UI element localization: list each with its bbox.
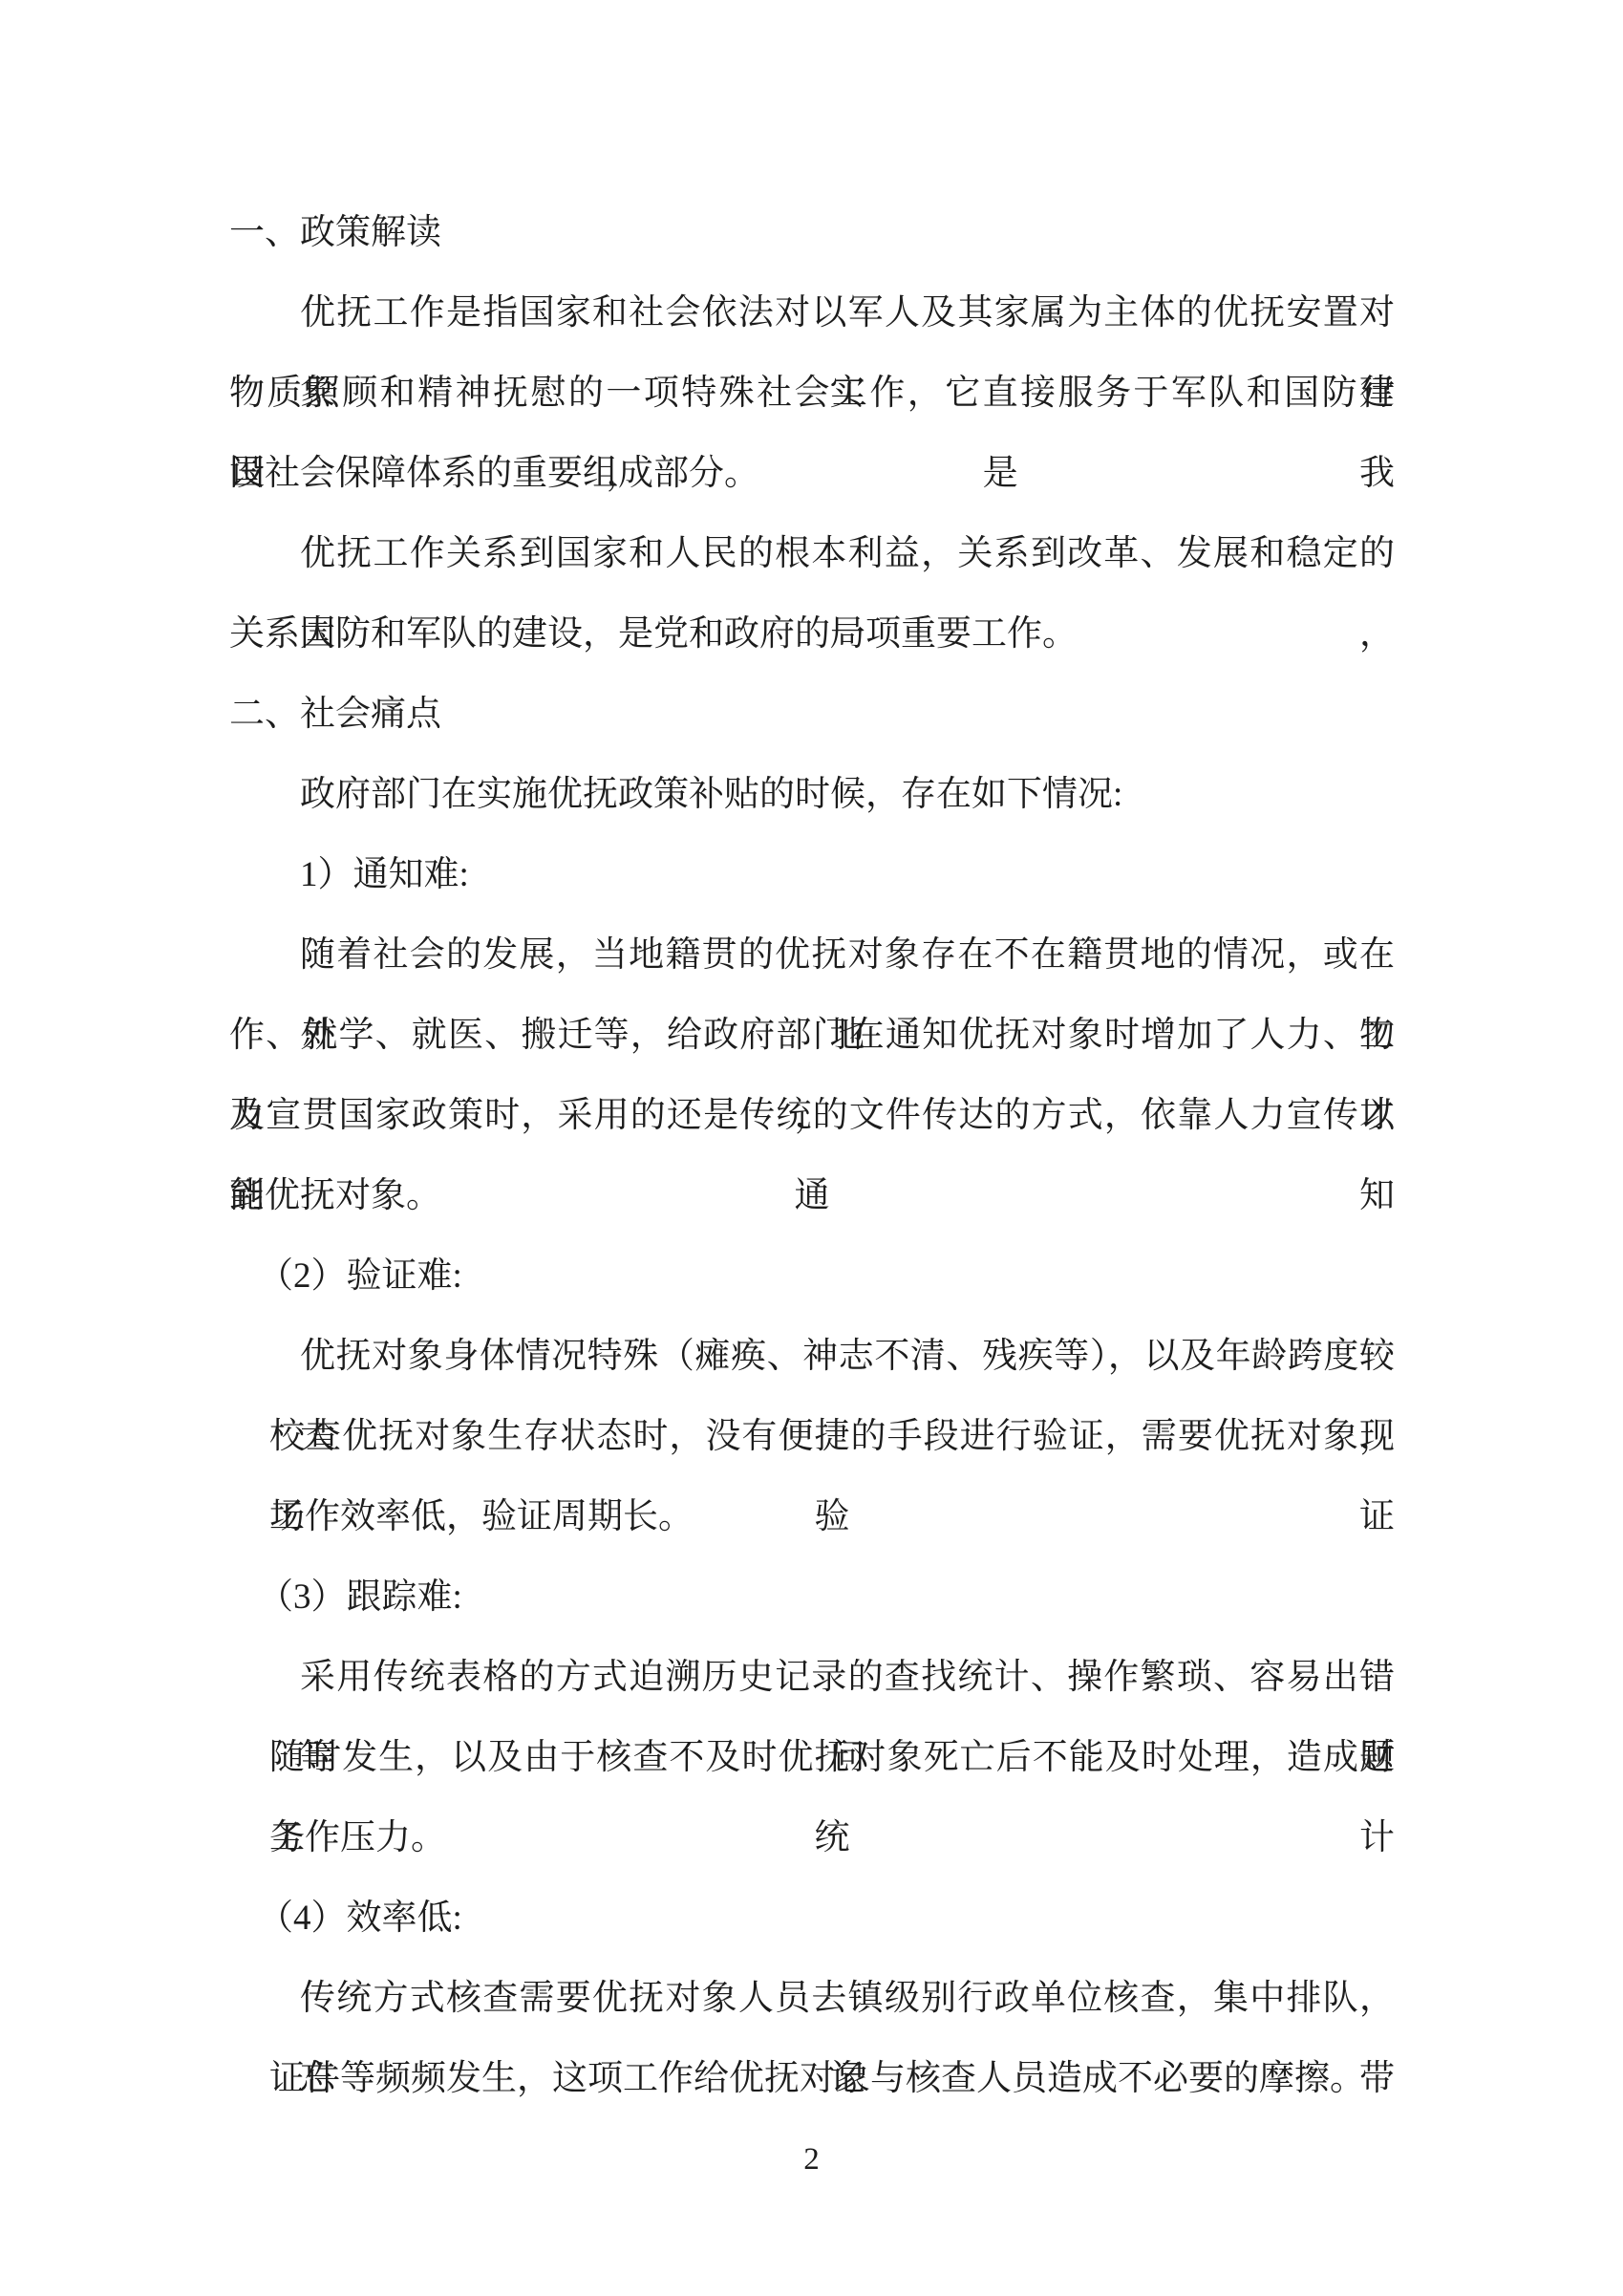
para-line: 证件等频频发生，这项工作给优抚对象与核查人员造成不必要的摩擦。 <box>229 2039 1395 2119</box>
list-item-label-4: （4）效率低: <box>229 1878 1395 1959</box>
para-line: 优抚工作关系到国家和人民的根本利益，关系到改革、发展和稳定的大局， <box>229 514 1395 594</box>
para-line: 优抚工作是指国家和社会依法对以军人及其家属为主体的优抚安置对象实行 <box>229 273 1395 354</box>
list-item-label-2: （2）验证难: <box>229 1236 1395 1317</box>
document-body: 一、政策解读 优抚工作是指国家和社会依法对以军人及其家属为主体的优抚安置对象实行… <box>229 193 1395 2119</box>
section-heading-1: 一、政策解读 <box>229 193 1395 273</box>
para-line: 传统方式核查需要优抚对象人员去镇级别行政单位核查，集中排队，忘记带 <box>229 1959 1395 2039</box>
para-line: 随时发生，以及由于核查不及时优抚对象死亡后不能及时处理，造成财务统计 <box>229 1718 1395 1798</box>
para-line: 校查优抚对象生存状态时，没有便捷的手段进行验证，需要优抚对象现场验证 <box>229 1397 1395 1477</box>
para-line: 随着社会的发展，当地籍贯的优抚对象存在不在籍贯地的情况，或在外地工 <box>229 915 1395 996</box>
para-line: 优抚对象身体情况特殊（瘫痪、神志不清、残疾等），以及年龄跨度较大， <box>229 1317 1395 1397</box>
para-line: 作、就学、就医、搬迁等，给政府部门在通知优抚对象时增加了人力、物力，以 <box>229 996 1395 1076</box>
section-heading-2: 二、社会痛点 <box>229 675 1395 755</box>
para-line: 采用传统表格的方式迫溯历史记录的查找统计、操作繁琐、容易出错等问题 <box>229 1638 1395 1718</box>
list-item-label-1: 1）通知难: <box>229 835 1395 915</box>
para-line: 政府部门在实施优抚政策补贴的时候，存在如下情况: <box>229 755 1395 835</box>
document-page: 一、政策解读 优抚工作是指国家和社会依法对以军人及其家属为主体的优抚安置对象实行… <box>0 0 1623 2296</box>
para-line: 及宣贯国家政策时，采用的还是传统的文件传达的方式，依靠人力宣传才能通知 <box>229 1076 1395 1156</box>
para-line: 物质照顾和精神抚慰的一项特殊社会工作，它直接服务于军队和国防建设，是我 <box>229 354 1395 434</box>
page-number: 2 <box>0 2119 1623 2199</box>
list-item-label-3: （3）跟踪难: <box>229 1557 1395 1638</box>
